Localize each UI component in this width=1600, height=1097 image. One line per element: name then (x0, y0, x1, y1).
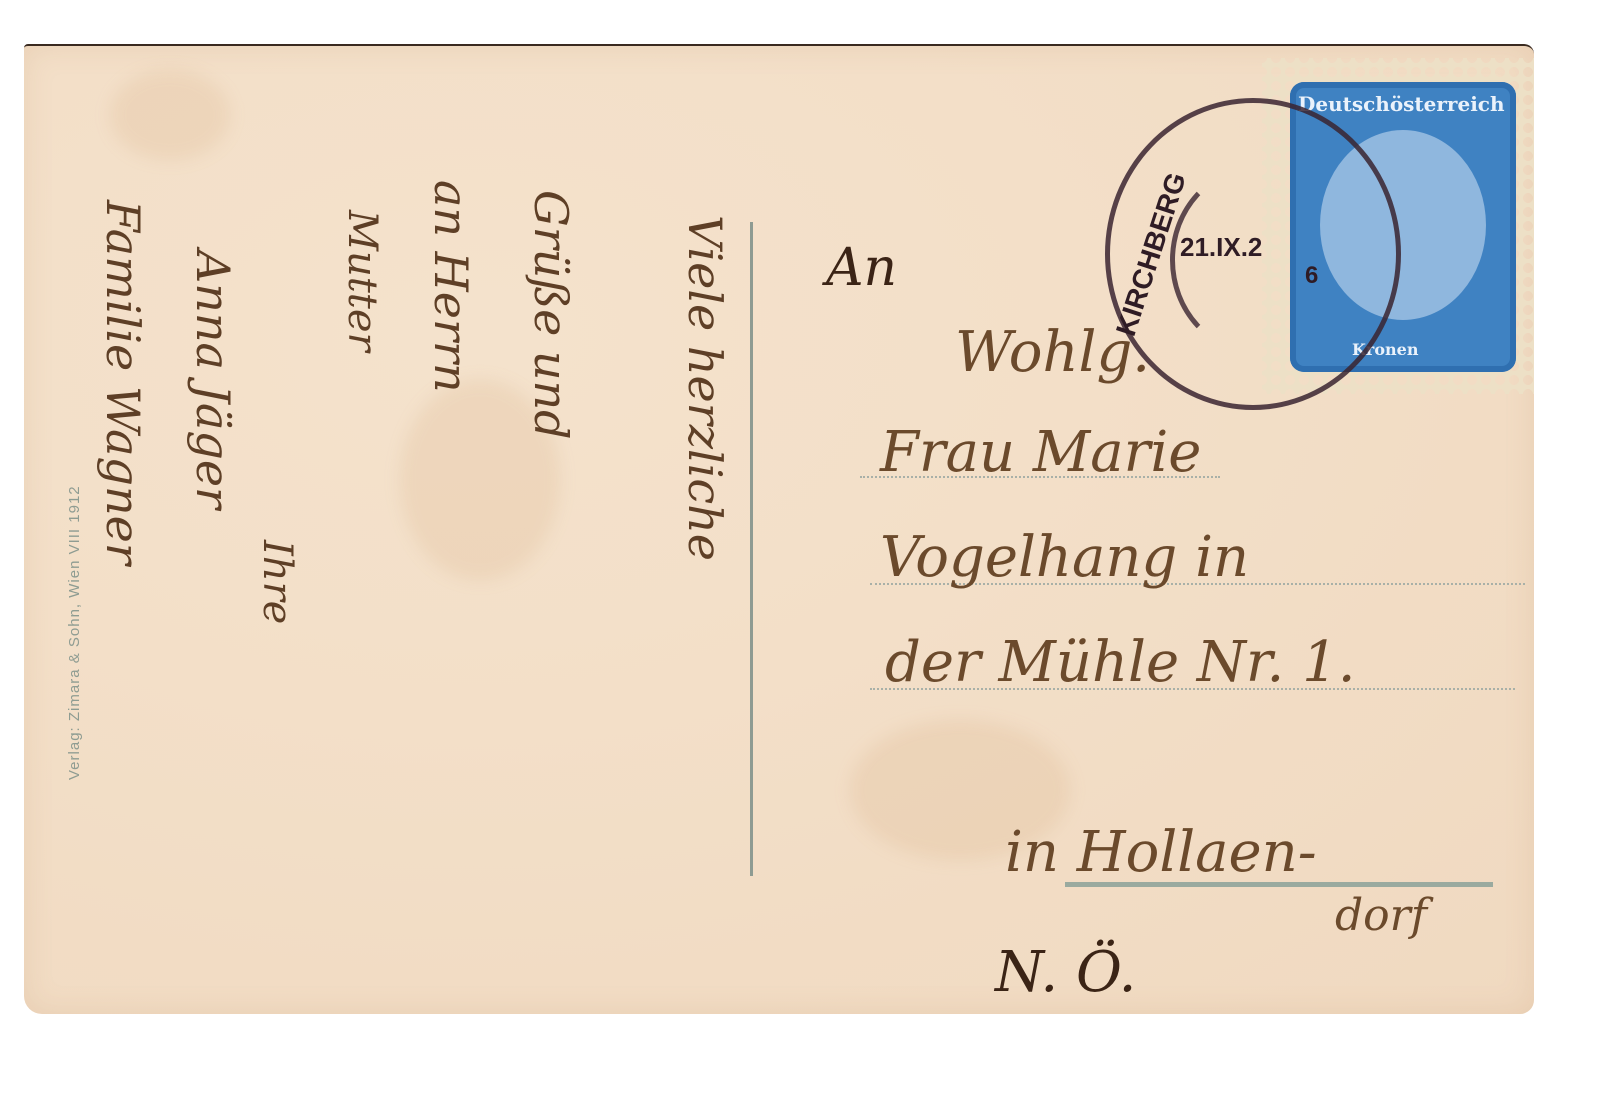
paper-stain (110, 70, 230, 160)
publisher-imprint: Verlag: Zimara & Sohn, Wien VIII 1912 (66, 485, 83, 780)
message-line: Anna Jäger (186, 250, 240, 509)
stamp-country: Deutschösterreich (1298, 92, 1505, 116)
message-line: Grüße und (524, 190, 578, 440)
postmark-date: 21.IX.2 (1180, 232, 1262, 263)
message-line: Viele herzliche (678, 215, 732, 561)
address-line: in Hollaen- (1005, 820, 1317, 885)
address-line: Vogelhang in (880, 525, 1249, 590)
message-line: Ihre (254, 540, 300, 624)
address-line: Frau Marie (880, 420, 1201, 485)
center-divider (750, 222, 753, 876)
address-line: der Mühle Nr. 1. (885, 630, 1356, 695)
address-salutation: An (826, 238, 897, 298)
message-line: an Herrn (424, 180, 478, 393)
address-region: N. Ö. (995, 940, 1136, 1005)
address-line: dorf (1335, 890, 1427, 941)
message-line: Mutter (339, 210, 385, 352)
postmark-hour: 6 (1305, 262, 1318, 290)
message-line: Familie Wagner (96, 200, 150, 565)
